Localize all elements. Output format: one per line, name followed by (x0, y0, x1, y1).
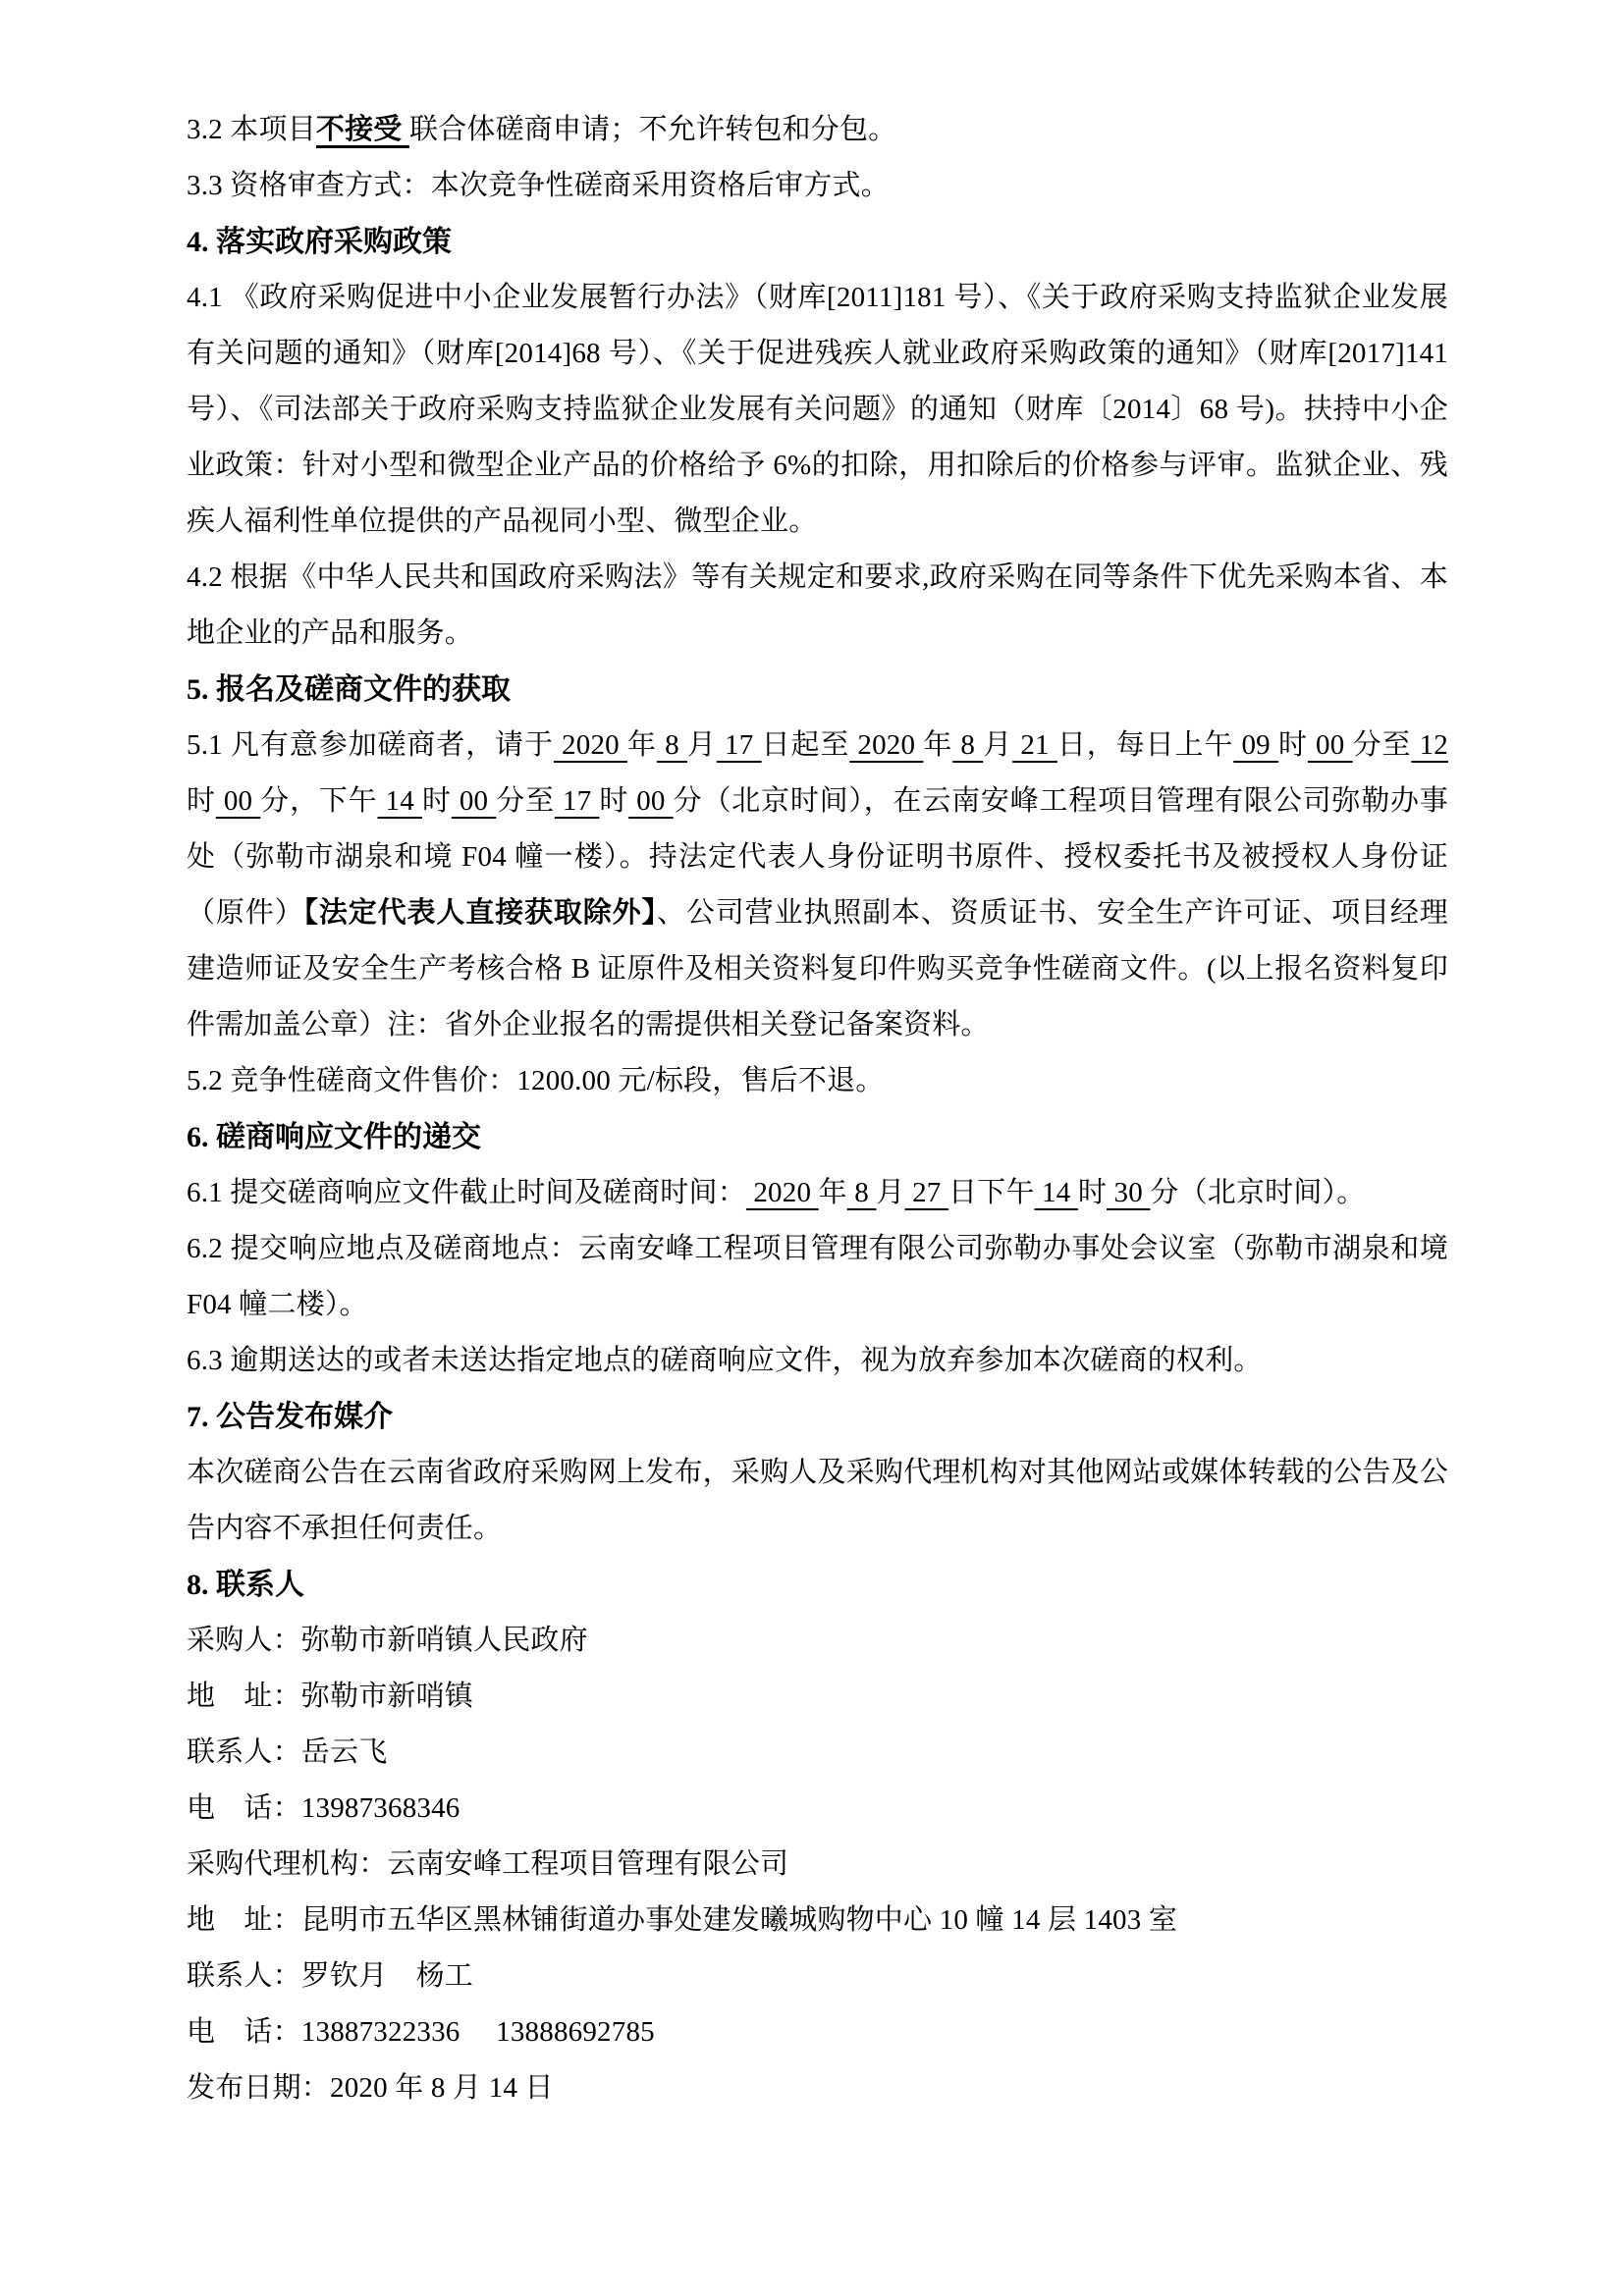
emphasized-text-run: 12 (1411, 729, 1448, 761)
section-5-heading: 5. 报名及磋商文件的获取 (187, 662, 1448, 718)
text-run: 电 话：13887322336 13888692785 (187, 2016, 655, 2048)
text-run: 年 (923, 729, 952, 761)
agency-contact-line: 联系人：罗钦月 杨工 (187, 1949, 1448, 2004)
text-run: 分至 (496, 785, 555, 817)
text-run: 分至 (1353, 729, 1412, 761)
emphasized-text-run: 00 (628, 785, 674, 817)
emphasized-text-run: 14 (377, 785, 422, 817)
emphasized-text-run: 2020 (554, 729, 627, 761)
text-run: 日，每日上午 (1057, 729, 1233, 761)
text-run: 4. 落实政府采购政策 (187, 226, 452, 258)
text-run: 5.2 竞争性磋商文件售价：1200.00 元/标段，售后不退。 (187, 1065, 884, 1096)
text-run: 联系人：岳云飞 (187, 1736, 387, 1768)
text-run: 月 (687, 729, 717, 761)
text-run: 5.1 凡有意参加磋商者，请于 (187, 729, 554, 761)
buyer-contact-line: 联系人：岳云飞 (187, 1725, 1448, 1781)
text-run: 年 (819, 1177, 847, 1208)
document-body: 3.2 本项目不接受 联合体磋商申请；不允许转包和分包。3.3 资格审查方式：本… (187, 102, 1448, 2116)
emphasized-text-run: 09 (1233, 729, 1278, 761)
emphasized-text-run: 27 (905, 1177, 948, 1208)
text-run: 采购代理机构：云南安峰工程项目管理有限公司 (187, 1848, 788, 1880)
publish-date-line: 发布日期：2020 年 8 月 14 日 (187, 2060, 1448, 2116)
text-run: 时 (187, 785, 216, 817)
agency-phone-line: 电 话：13887322336 13888692785 (187, 2004, 1448, 2060)
text-run: 时 (422, 785, 452, 817)
agency-line: 采购代理机构：云南安峰工程项目管理有限公司 (187, 1837, 1448, 1893)
text-run: 分（北京时间）。 (1150, 1177, 1365, 1208)
text-run: 本次磋商公告在云南省政府采购网上发布，采购人及采购代理机构对其他网站或媒体转载的… (187, 1457, 1448, 1544)
emphasized-text-run: 00 (216, 785, 261, 817)
emphasized-text-run: 14 (1035, 1177, 1078, 1208)
text-run: 采购人：弥勒市新哨镇人民政府 (187, 1625, 588, 1656)
agency-address-line: 地 址：昆明市五华区黑林铺街道办事处建发曦城购物中心 10 幢 14 层 140… (187, 1893, 1448, 1949)
text-run: 时 (1078, 1177, 1107, 1208)
section-8-heading: 8. 联系人 (187, 1557, 1448, 1613)
section-6-heading: 6. 磋商响应文件的递交 (187, 1109, 1448, 1165)
text-run: 地 址：弥勒市新哨镇 (187, 1681, 473, 1712)
text-run: 联系人：罗钦月 杨工 (187, 1960, 473, 1992)
text-run: 6. 磋商响应文件的递交 (187, 1121, 481, 1153)
text-run: 联合体磋商申请；不允许转包和分包。 (409, 114, 896, 145)
text-run: 3.2 本项目 (187, 114, 316, 145)
clause-5-2: 5.2 竞争性磋商文件售价：1200.00 元/标段，售后不退。 (187, 1053, 1448, 1109)
section-7-heading: 7. 公告发布媒介 (187, 1389, 1448, 1445)
text-run: 6.1 提交磋商响应文件截止时间及磋商时间： (187, 1177, 746, 1208)
document-page: 3.2 本项目不接受 联合体磋商申请；不允许转包和分包。3.3 资格审查方式：本… (0, 0, 1624, 2296)
clause-4-1: 4.1 《政府采购促进中小企业发展暂行办法》（财库[2011]181 号）、《关… (187, 270, 1448, 550)
clause-3-3: 3.3 资格审查方式：本次竞争性磋商采用资格后审方式。 (187, 158, 1448, 214)
clause-6-2: 6.2 提交响应地点及磋商地点：云南安峰工程项目管理有限公司弥勒办事处会议室（弥… (187, 1221, 1448, 1333)
text-run: 5. 报名及磋商文件的获取 (187, 673, 511, 706)
emphasized-text-run: 00 (452, 785, 497, 817)
text-run: 7. 公告发布媒介 (187, 1401, 393, 1433)
buyer-line: 采购人：弥勒市新哨镇人民政府 (187, 1613, 1448, 1669)
text-run: 时 (599, 785, 628, 817)
emphasized-text-run: 21 (1012, 729, 1057, 761)
text-run: 月 (876, 1177, 904, 1208)
clause-5-1: 5.1 凡有意参加磋商者，请于 2020 年 8 月 17 日起至 2020 年… (187, 718, 1448, 1053)
clause-6-3: 6.3 逾期送达的或者未送达指定地点的磋商响应文件，视为放弃参加本次磋商的权利。 (187, 1333, 1448, 1389)
clause-6-1: 6.1 提交磋商响应文件截止时间及磋商时间： 2020 年 8 月 27 日下午… (187, 1165, 1448, 1221)
text-run: 6.3 逾期送达的或者未送达指定地点的磋商响应文件，视为放弃参加本次磋商的权利。 (187, 1345, 1263, 1376)
emphasized-text-run: 8 (657, 729, 687, 761)
text-run: 8. 联系人 (187, 1569, 304, 1601)
clause-4-2: 4.2 根据《中华人民共和国政府采购法》等有关规定和要求,政府采购在同等条件下优… (187, 550, 1448, 662)
buyer-phone-line: 电 话：13987368346 (187, 1781, 1448, 1837)
clause-3-2: 3.2 本项目不接受 联合体磋商申请；不允许转包和分包。 (187, 102, 1448, 158)
emphasized-text-run: 8 (847, 1177, 877, 1208)
section-4-heading: 4. 落实政府采购政策 (187, 214, 1448, 270)
emphasized-text-run: 30 (1107, 1177, 1150, 1208)
emphasized-text-run: 00 (1308, 729, 1353, 761)
section-7-body: 本次磋商公告在云南省政府采购网上发布，采购人及采购代理机构对其他网站或媒体转载的… (187, 1445, 1448, 1557)
text-run: 4.2 根据《中华人民共和国政府采购法》等有关规定和要求,政府采购在同等条件下优… (187, 561, 1448, 649)
emphasized-text-run: 2020 (849, 729, 923, 761)
text-run: 电 话：13987368346 (187, 1792, 460, 1824)
emphasized-text-run: 8 (952, 729, 983, 761)
emphasized-text-run: 【法定代表人直接获取除外】 (304, 897, 657, 929)
text-run: 时 (1278, 729, 1308, 761)
text-run: 日起至 (762, 729, 850, 761)
emphasized-text-run: 17 (555, 785, 600, 817)
emphasized-text-run: 2020 (746, 1177, 819, 1208)
buyer-address-line: 地 址：弥勒市新哨镇 (187, 1669, 1448, 1725)
text-run: 6.2 提交响应地点及磋商地点：云南安峰工程项目管理有限公司弥勒办事处会议室（弥… (187, 1233, 1448, 1320)
emphasized-text-run: 不接受 (316, 114, 409, 145)
text-run: 3.3 资格审查方式：本次竞争性磋商采用资格后审方式。 (187, 170, 890, 201)
text-run: 分，下午 (260, 785, 377, 817)
text-run: 年 (627, 729, 657, 761)
text-run: 月 (983, 729, 1012, 761)
text-run: 日下午 (948, 1177, 1035, 1208)
text-run: 发布日期：2020 年 8 月 14 日 (187, 2072, 554, 2104)
emphasized-text-run: 17 (717, 729, 762, 761)
text-run: 4.1 《政府采购促进中小企业发展暂行办法》（财库[2011]181 号）、《关… (187, 282, 1448, 537)
text-run: 地 址：昆明市五华区黑林铺街道办事处建发曦城购物中心 10 幢 14 层 140… (187, 1904, 1177, 1936)
